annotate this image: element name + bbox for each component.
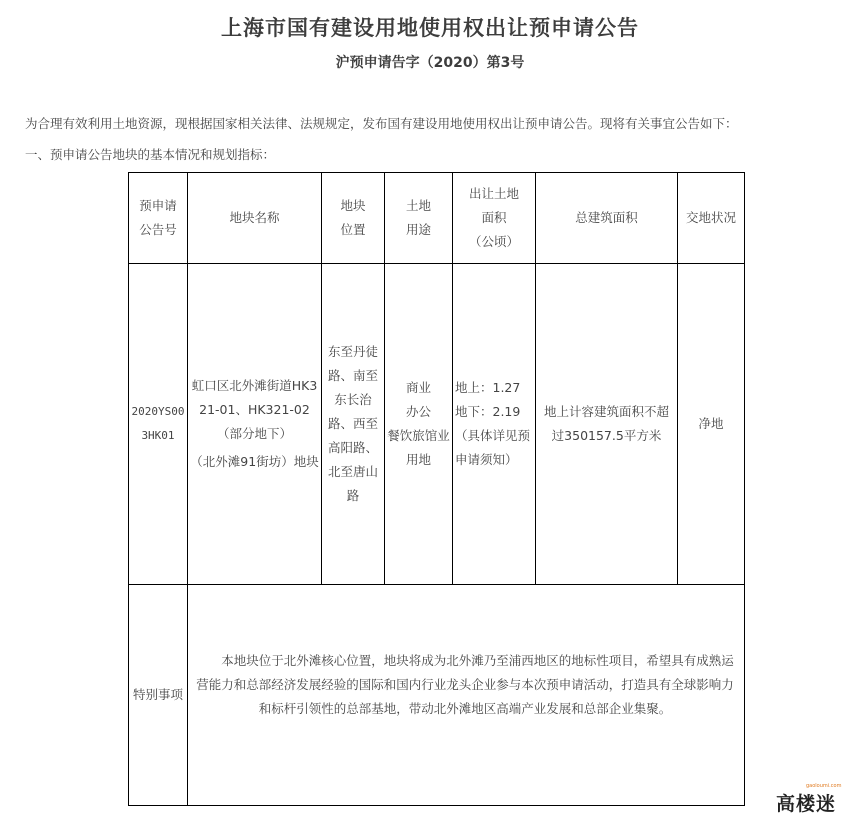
table-header-row: 预申请 公告号 地块名称 地块 位置 土地 用途 出让土地 面积 （公顷） 总建… [129,173,745,264]
watermark-text: 高楼迷 [776,789,836,816]
cell-location: 东至丹徒路、南至东长治路、西至高阳路、北至唐山路 [322,264,385,585]
cell-area: 地上：1.27 地下：2.19 （具体详见预申请须知） [453,264,536,585]
cell-total-floor-area: 地上计容建筑面积不超过350157.5平方米 [536,264,678,585]
special-row: 特别事项 本地块位于北外滩核心位置，地块将成为北外滩乃至浦西地区的地标性项目，希… [129,585,745,806]
header-location: 地块 位置 [322,173,385,264]
special-label: 特别事项 [129,585,188,806]
cell-parcel-name: 虹口区北外滩街道HK321-01、HK321-02（部分地下） （北外滩91街坊… [188,264,322,585]
header-notice-no: 预申请 公告号 [129,173,188,264]
header-area: 出让土地 面积 （公顷） [453,173,536,264]
header-total-floor-area: 总建筑面积 [536,173,678,264]
header-delivery-status: 交地状况 [678,173,745,264]
table-row: 2020YS003HK01 虹口区北外滩街道HK321-01、HK321-02（… [129,264,745,585]
cell-notice-no: 2020YS003HK01 [129,264,188,585]
cell-delivery-status: 净地 [678,264,745,585]
intro-paragraph: 为合理有效利用土地资源，现根据国家相关法律、法规规定，发布国有建设用地使用权出让… [25,114,738,132]
cell-land-use: 商业 办公 餐饮旅馆业用地 [385,264,453,585]
page-title: 上海市国有建设用地使用权出让预申请公告 [0,12,860,42]
section-heading: 一、预申请公告地块的基本情况和规划指标： [25,145,275,163]
header-parcel-name: 地块名称 [188,173,322,264]
special-text: 本地块位于北外滩核心位置，地块将成为北外滩乃至浦西地区的地标性项目，希望具有成熟… [188,585,745,806]
watermark-logo: gaoloumi.com 高楼迷 [776,783,846,813]
document-number: 沪预申请告字（2020）第3号 [0,52,860,72]
parcel-table: 预申请 公告号 地块名称 地块 位置 土地 用途 出让土地 面积 （公顷） 总建… [128,172,745,806]
header-land-use: 土地 用途 [385,173,453,264]
